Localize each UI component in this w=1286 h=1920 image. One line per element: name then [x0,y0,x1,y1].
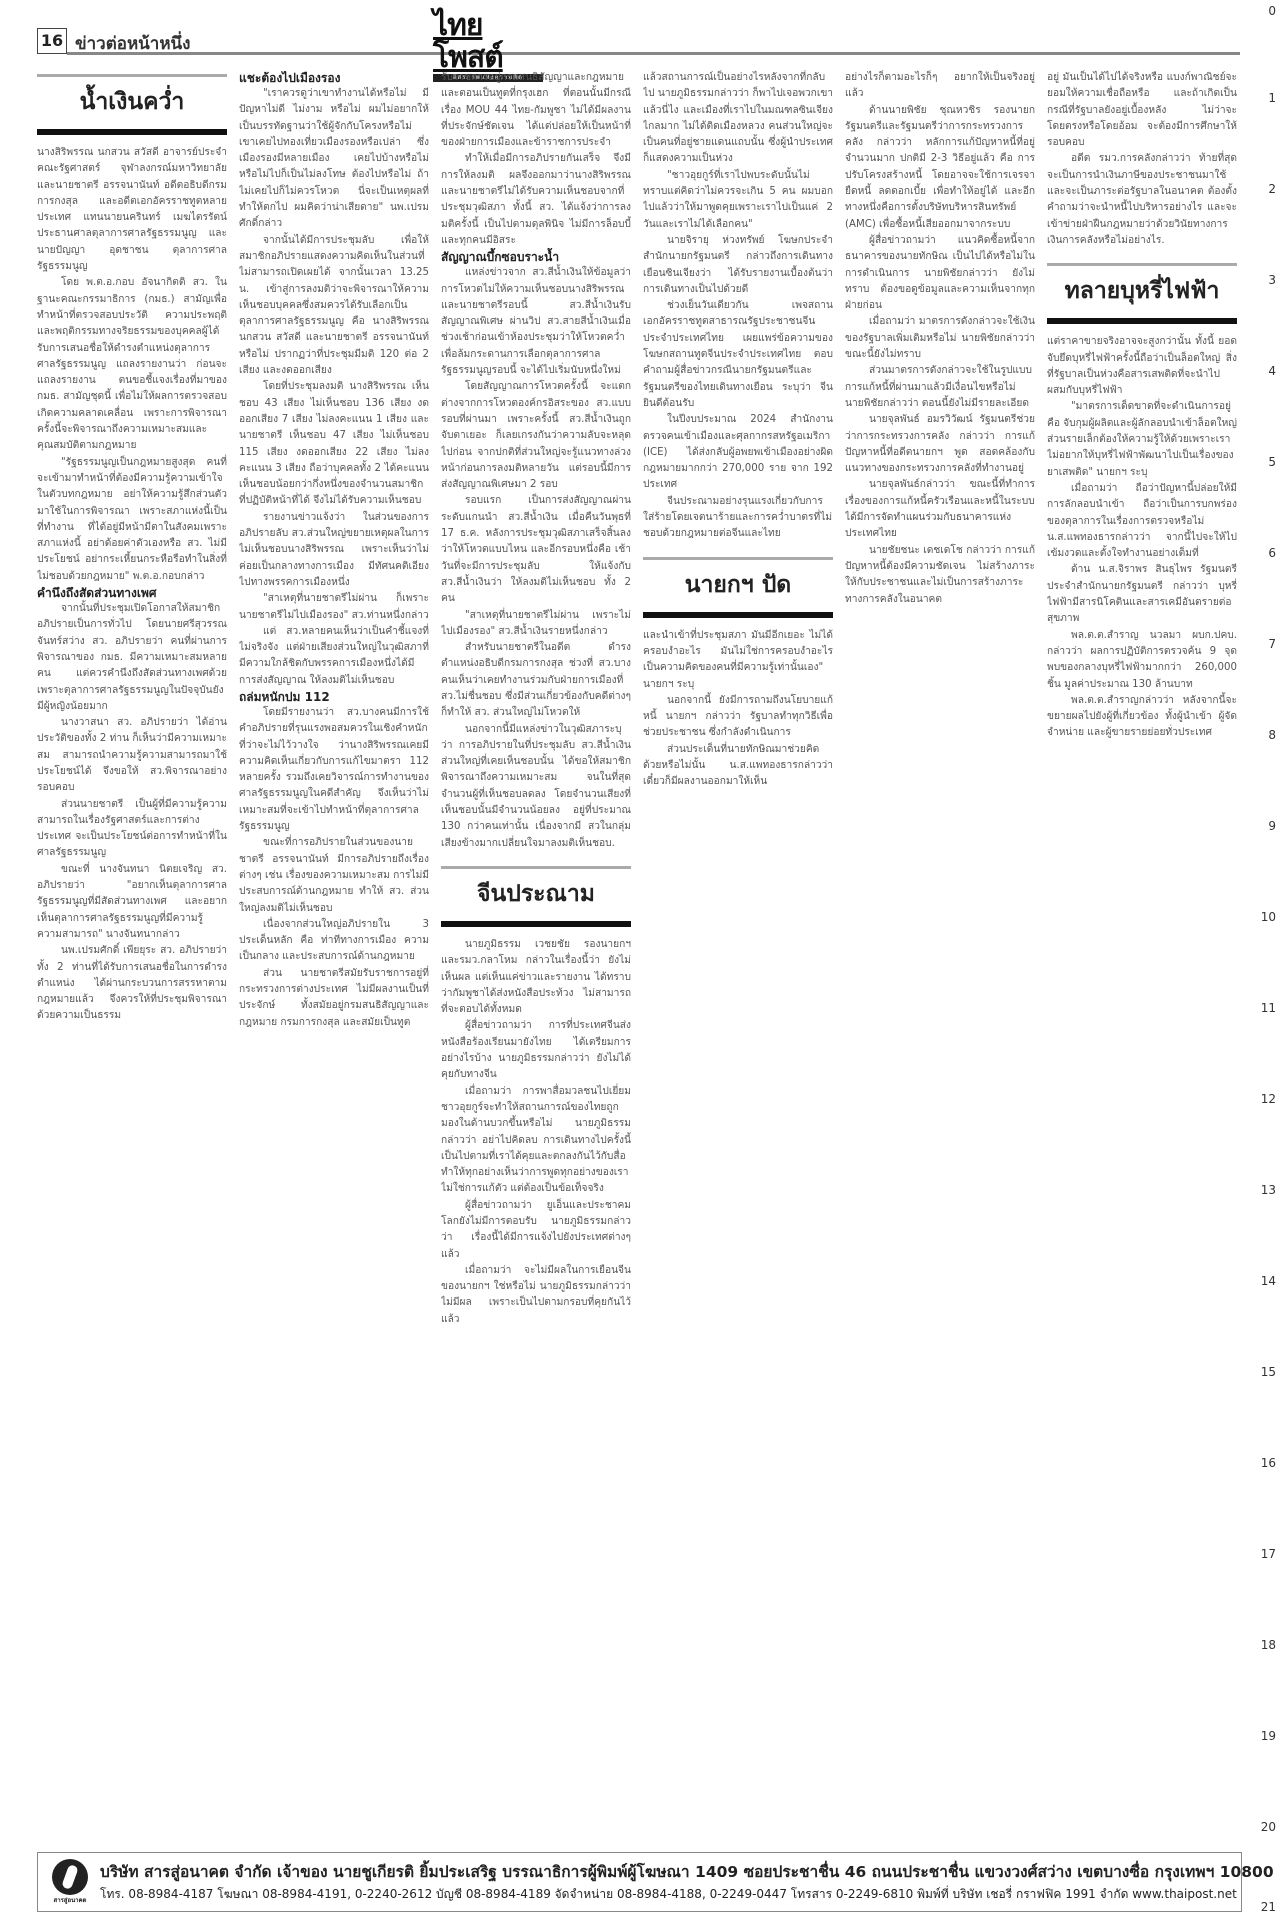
paragraph: จากนั้นได้มีการประชุมลับ เพื่อให้สมาชิกอ… [239,233,429,380]
paragraph: "มาตรการเด็ดขาดที่จะดำเนินการอยู่ คือ จั… [1047,399,1237,480]
paragraph: นายจิรายุ ห่วงทรัพย์ โฆษกประจำสำนักนายกร… [643,233,833,298]
paragraph: ทำให้เมื่อมีการอภิปรายกันเสร็จ จึงมีการใ… [441,151,631,249]
ruler-mark: 5 [1268,455,1276,469]
paragraph: ผู้สื่อข่าวถามว่า ยูเอ็นและประชาคมโลกยัง… [441,1198,631,1263]
paragraph: สำหรับนายชาตรีในอดีต ดำรงตำแหน่งอธิบดีกร… [441,640,631,721]
page-header: 16 ข่าวต่อหน้าหนึ่ง ไทยโพสต์ อิสรภาพแห่ง… [37,28,1240,58]
page-row-ruler: 0 1 2 3 4 5 6 7 8 9 10 11 12 13 14 15 16… [1246,0,1286,1920]
headline-bar [643,612,833,618]
paragraph: รอบแรก เป็นการส่งสัญญาณผ่านระดับแกนนำ สว… [441,493,631,607]
column-5: อย่างไรก็ตามอะไรก็ๆ อยากให้เป็นจริงอยู่แ… [845,70,1035,1815]
ruler-mark: 10 [1261,910,1276,924]
paragraph: "ชาวอุยกูร์ที่เราไปพบระดับนั้นไม่ทราบแต่… [643,168,833,233]
ruler-mark: 0 [1268,4,1276,18]
publisher-footer: สารสู่อนาคต บริษัท สารสู่อนาคต จำกัด เจ้… [37,1852,1242,1912]
subheading: สัญญาณบึ้กซอบราะน้ำ [441,249,631,265]
publisher-info: บริษัท สารสู่อนาคต จำกัด เจ้าของ นายชูเก… [100,1859,1274,1884]
paragraph: แล้วสถานการณ์เป็นอย่างไรหลังจากที่กลับไป… [643,70,833,168]
article-headline: นายกฯ ปัด [643,568,833,602]
article-columns: น้ำเงินคว่ำ นางสิริพรรณ นกสวน สวัสดี อาจ… [37,70,1240,1815]
article-head-box: ทลายบุหรี่ไฟฟ้า [1047,263,1237,324]
ruler-mark: 1 [1268,91,1276,105]
paragraph: จีนประณามอย่างรุนแรงเกี่ยวกับการใส่ร้ายโ… [643,494,833,543]
article-headline: ทลายบุหรี่ไฟฟ้า [1047,274,1237,308]
article-headline: จีนประณาม [441,877,631,911]
paragraph: นอกจากนี้มีแหล่งข่าวในวุฒิสภาระบุว่า การ… [441,722,631,852]
paragraph: และนำเข้าที่ประชุมสภา มันมีอีกเยอะ ไม่ได… [643,628,833,693]
ruler-mark: 8 [1268,728,1276,742]
paragraph: "รัฐธรรมนูญเป็นกฎหมายสูงสุด คนที่จะเข้าม… [37,455,227,585]
paragraph: "สาเหตุที่นายชาตรีไม่ผ่าน ก็เพราะนายชาตร… [239,591,429,624]
article-head-box: น้ำเงินคว่ำ [37,74,227,135]
paragraph: โดยที่ประชุมลงมติ นางสิริพรรณ เห็นชอบ 43… [239,379,429,509]
paragraph: ในปีงบประมาณ 2024 สำนักงานตรวจคนเข้าเมือ… [643,412,833,493]
ruler-mark: 11 [1261,1001,1276,1015]
publisher-logo-caption: สารสู่อนาคต [50,1895,90,1905]
publisher-logo: สารสู่อนาคต [50,1859,90,1905]
ruler-mark: 6 [1268,546,1276,560]
paragraph: เมื่อถามว่า การพาสื่อมวลชนไปเยี่ยมชาวอุย… [441,1084,631,1198]
article-headline: น้ำเงินคว่ำ [37,85,227,119]
paragraph: อย่างไรก็ตามอะไรก็ๆ อยากให้เป็นจริงอยู่แ… [845,70,1035,103]
article-head-box: จีนประณาม [441,866,631,927]
paragraph: ผู้สื่อข่าวถามว่า แนวคิดซื้อหนี้จากธนาคา… [845,233,1035,314]
paragraph: นอกจากนี้ ยังมีการถามถึงนโยบายแก้หนี้ นา… [643,693,833,742]
column-4: แล้วสถานการณ์เป็นอย่างไรหลังจากที่กลับไป… [643,70,833,1815]
paragraph: เมื่อถามว่า มาตรการดังกล่าวจะใช้เงินของร… [845,314,1035,363]
paragraph: พล.ต.ต.สำราญกล่าวว่า หลังจากนี้จะขยายผลไ… [1047,693,1237,742]
ruler-mark: 17 [1261,1547,1276,1561]
paragraph: นายจุลพันธ์กล่าวว่า ขณะนี้ที่ทำการเรื่อง… [845,477,1035,542]
ruler-mark: 7 [1268,637,1276,651]
paragraph: ส่วนนายชาตรี เป็นผู้ที่มีความรู้ความสามา… [37,797,227,862]
paragraph: นพ.เปรมศักดิ์ เพียยุระ สว. อภิปรายว่า ทั… [37,943,227,1024]
ruler-mark: 4 [1268,364,1276,378]
publisher-logo-icon [52,1859,88,1895]
ruler-mark: 14 [1261,1274,1276,1288]
header-rule [67,52,1240,55]
ruler-mark: 12 [1261,1092,1276,1106]
paragraph: นางวาสนา สว. อภิปรายว่า ได้อ่านประวัติขอ… [37,715,227,796]
paragraph: ส่วน นายชาตรีสมัยรับราชการอยู่ที่กระทรวง… [239,966,429,1031]
ruler-mark: 3 [1268,273,1276,287]
paragraph: พล.ต.ต.สำราญ นวลมา ผบก.ปคบ. กล่าวว่า ผลก… [1047,628,1237,693]
ruler-mark: 16 [1261,1456,1276,1470]
paragraph: นายจุลพันธ์ อมรวิวัฒน์ รัฐมนตรีช่วยว่ากา… [845,412,1035,477]
paragraph: แต่ราคาขายจริงอาจจะสูงกว่านั้น ทั้งนี้ ย… [1047,334,1237,399]
subheading: คำนึงถึงสัดส่วนทางเพศ [37,585,227,601]
paragraph: นางสิริพรรณ นกสวน สวัสดี อาจารย์ประจำคณะ… [37,145,227,275]
paragraph: นายภูมิธรรม เวชยชัย รองนายกฯ และรมว.กลาโ… [441,937,631,1018]
paragraph: เนื่องจากส่วนใหญ่อภิปรายใน 3 ประเด็นหลัก… [239,917,429,966]
paragraph: แหล่งข่าวจาก สว.สีน้ำเงินให้ข้อมูลว่า กา… [441,265,631,379]
paragraph: ขณะที่ นางจันทนา นิตยเจริญ สว. อภิปรายว่… [37,862,227,943]
paragraph: เมื่อถามว่า จะไม่มีผลในการเยือนจีนของนาย… [441,1263,631,1328]
page-number: 16 [37,28,67,54]
headline-bar [441,921,631,927]
paragraph: อดีต รมว.การคลังกล่าวว่า ท้ายที่สุดจะเป็… [1047,151,1237,249]
ruler-mark: 20 [1261,1820,1276,1834]
paragraph: ส่วนประเด็นที่นายทักษิณมาช่วยคิดด้วยหรือ… [643,742,833,791]
paragraph: นายชัยชนะ เดชเดโช กล่าวว่า การแก้ปัญหาหน… [845,543,1035,608]
paragraph: ด้านนายพิชัย ชุณหวชิร รองนายกรัฐมนตรีและ… [845,103,1035,233]
newspaper-page: 16 ข่าวต่อหน้าหนึ่ง ไทยโพสต์ อิสรภาพแห่ง… [37,0,1240,1920]
column-3: รับราชการอยู่กรมสนธิสัญญาและกฎหมาย และตอ… [441,70,631,1815]
paragraph: จากนั้นที่ประชุมเปิดโอกาสให้สมาชิกอภิปรา… [37,601,227,715]
column-6: อยู่ มันเป็นได้ไปได้จริงหรือ แบงก์พาณิชย… [1047,70,1237,1815]
paragraph: "เราควรดูว่าเขาทำงานได้หรือไม่ มีปัญหาไม… [239,86,429,233]
column-2: แชะต้องไปเมืองรอง "เราควรดูว่าเขาทำงานได… [239,70,429,1815]
paragraph: อยู่ มันเป็นได้ไปได้จริงหรือ แบงก์พาณิชย… [1047,70,1237,151]
publisher-contacts: โทร. 08-8984-4187 โฆษณา 08-8984-4191, 0-… [100,1885,1237,1904]
logo-text: ไทยโพสต์ [433,10,543,74]
paragraph: ขณะที่การอภิปรายในส่วนของนายชาตรี อรรจนา… [239,835,429,916]
paragraph: รายงานข่าวแจ้งว่า ในส่วนของการอภิปรายลับ… [239,510,429,591]
paragraph: เมื่อถามว่า ถือว่าปัญหานี้ปล่อยให้มีการล… [1047,481,1237,562]
headline-bar [37,129,227,135]
article-head-box: นายกฯ ปัด [643,557,833,618]
paragraph: ส่วนมาตรการดังกล่าวจะใช้ในรูปแบบการแก้หน… [845,363,1035,412]
ruler-mark: 19 [1261,1729,1276,1743]
paragraph: โดยสัญญาณการโหวตครั้งนี้ จะแตกต่างจากการ… [441,379,631,493]
column-1: น้ำเงินคว่ำ นางสิริพรรณ นกสวน สวัสดี อาจ… [37,70,227,1815]
subheading: แชะต้องไปเมืองรอง [239,70,429,86]
paragraph: ด้าน น.ส.จิราพร สินธุไพร รัฐมนตรีประจำสำ… [1047,562,1237,627]
paragraph: รับราชการอยู่กรมสนธิสัญญาและกฎหมาย และตอ… [441,70,631,151]
ruler-mark: 9 [1268,819,1276,833]
paragraph: โดยมีรายงานว่า สว.บางคนมีการใช้คำอภิปราย… [239,705,429,835]
ruler-mark: 21 [1261,1900,1276,1914]
headline-bar [1047,318,1237,324]
ruler-mark: 13 [1261,1183,1276,1197]
paragraph: "สาเหตุที่นายชาตรีไม่ผ่าน เพราะไม่ไปเมือ… [441,608,631,641]
masthead-logo: ไทยโพสต์ อิสรภาพแห่งความคิด [427,10,549,52]
paragraph: ช่วงเย็นวันเดียวกัน เพจสถานเอกอัครราชทูต… [643,298,833,412]
ruler-mark: 2 [1268,182,1276,196]
ruler-mark: 15 [1261,1365,1276,1379]
ruler-mark: 18 [1261,1638,1276,1652]
paragraph: ผู้สื่อข่าวถามว่า การที่ประเทศจีนส่งหนัง… [441,1018,631,1083]
paragraph: แต่ สว.หลายคนเห็นว่าเป็นคำชี้แจงที่ไม่จร… [239,624,429,689]
paragraph: โดย พ.ต.อ.กอบ อัจนากิตติ สว. ในฐานะคณะกร… [37,275,227,454]
subheading: ถล่มหนักปม 112 [239,689,429,705]
